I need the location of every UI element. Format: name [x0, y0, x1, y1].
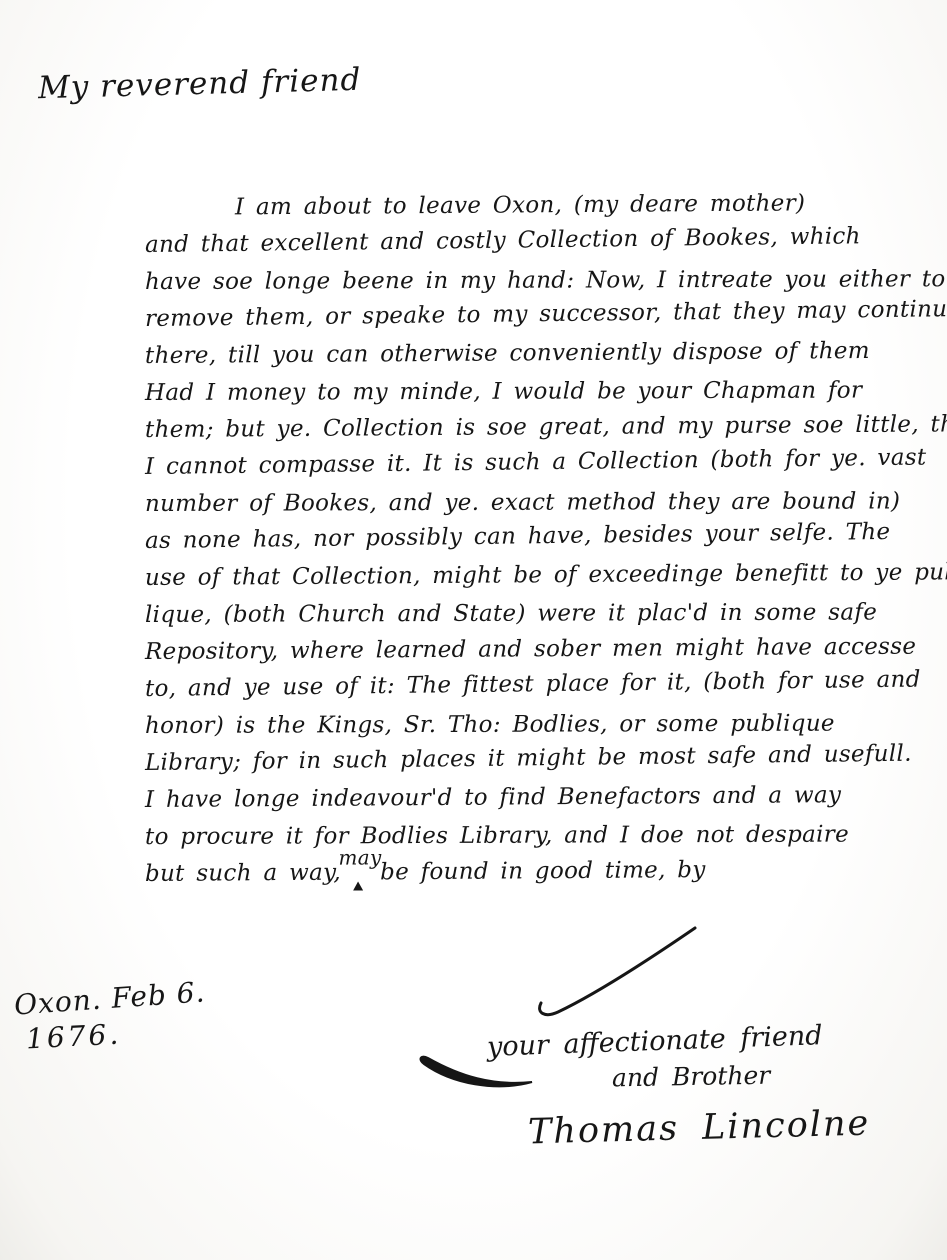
- body-line: lique, (both Church and State) were it p…: [145, 594, 945, 634]
- letter-page: My reverend friend I am about to leave O…: [0, 0, 947, 1260]
- closing-line-1: your affectionate friend: [487, 1020, 823, 1063]
- inserted-word: may: [338, 839, 381, 876]
- last-line-post: be found in good time, by: [380, 857, 706, 885]
- body-last-line: but such a way, may be found in good tim…: [145, 850, 945, 893]
- letter-body: I am about to leave Oxon, (my deare moth…: [145, 190, 945, 893]
- salutation: My reverend friend: [38, 62, 362, 106]
- body-line: Had I money to my minde, I would be your…: [145, 372, 945, 412]
- caret-insertion-mark: [353, 881, 363, 890]
- body-line: I have longe indeavour'd to find Benefac…: [145, 776, 945, 819]
- last-line-pre: but such a way,: [145, 860, 341, 887]
- closing-line-2: and Brother: [612, 1061, 771, 1093]
- dateline-place-day: Oxon. Feb 6.: [13, 975, 206, 1021]
- signature: Thomas Lincolne: [528, 1104, 871, 1153]
- body-line: to procure it for Bodlies Library, and I…: [145, 816, 945, 856]
- body-line: there, till you can otherwise convenient…: [145, 332, 945, 375]
- body-line: use of that Collection, might be of exce…: [145, 554, 945, 597]
- interlinear-insertion: may: [352, 869, 368, 879]
- dateline-year: 1676.: [25, 1018, 122, 1056]
